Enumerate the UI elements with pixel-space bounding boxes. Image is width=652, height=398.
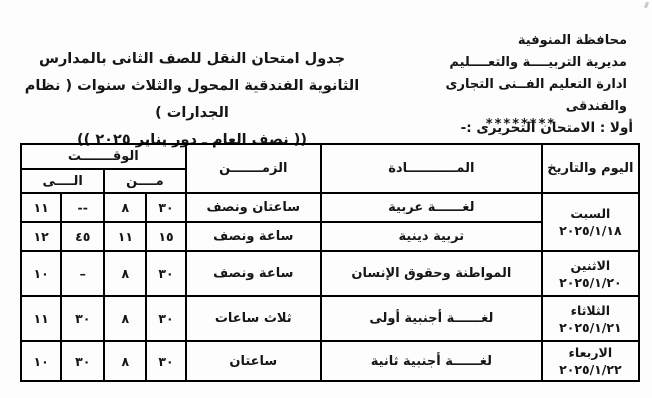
column-header-duration: الزمـــــــن [186, 144, 321, 193]
to-hour-cell: ١٠ [21, 251, 61, 296]
table-row: السبت ٢٠٢٥/١/١٨ لغــــــة عربية ساعتان و… [21, 193, 639, 222]
to-minutes-cell: -- [61, 193, 104, 222]
exam-schedule-table: اليوم والتاريخ المـــــــــــادة الزمـــ… [20, 143, 640, 382]
to-hour-cell: ١٠ [21, 341, 61, 381]
day-date: ٢٠٢٥/١/١٨ [545, 222, 636, 239]
subject-cell: لغــــــة عربية [321, 193, 542, 222]
column-header-time: الوقـــــــت [21, 144, 186, 169]
table-header-row-1: اليوم والتاريخ المـــــــــــادة الزمـــ… [21, 144, 639, 169]
duration-cell: ثلاث ساعات [186, 296, 321, 341]
from-minutes-cell: ٣٠ [146, 193, 185, 222]
day-date-cell: الثلاثاء ٢٠٢٥/١/٢١ [542, 296, 639, 341]
from-hour-cell: ٨ [104, 193, 146, 222]
day-name: السبت [545, 205, 636, 222]
from-minutes-cell: ٣٠ [146, 341, 185, 381]
day-date-cell: الاثنين ٢٠٢٥/١/٢٠ [542, 251, 639, 296]
administration-name: ادارة التعليم الفــنى التجارى والفندقى [415, 74, 627, 118]
scan-artifact [644, 2, 649, 9]
duration-cell: ساعة ونصف [186, 251, 321, 296]
duration-cell: ساعتان [186, 341, 321, 381]
day-date: ٢٠٢٥/١/٢١ [545, 319, 636, 336]
duration-cell: ساعة ونصف [186, 222, 321, 251]
from-minutes-cell: ٣٠ [146, 296, 185, 341]
to-minutes-cell: ٣٠ [61, 296, 104, 341]
from-hour-cell: ٨ [104, 296, 146, 341]
to-minutes-cell: ٣٠ [61, 341, 104, 381]
to-minutes-cell: ٤٥ [61, 222, 104, 251]
from-minutes-cell: ١٥ [146, 222, 185, 251]
section-heading-written-exam: أولا : الامتحان التحريرى :- [461, 120, 633, 136]
title-line-1: جدول امتحان النقل للصف الثانى بالمدارس [2, 46, 382, 73]
subject-cell: المواطنة وحقوق الإنسان [321, 251, 542, 296]
column-header-subject: المـــــــــــادة [321, 144, 542, 193]
table-row: الاربعاء ٢٠٢٥/١/٢٢ لغــــــة أجنبية ثاني… [21, 341, 639, 381]
column-header-day-date: اليوم والتاريخ [542, 144, 639, 193]
day-name: الثلاثاء [545, 302, 636, 319]
to-minutes-cell: – [61, 251, 104, 296]
day-date: ٢٠٢٥/١/٢٢ [545, 361, 636, 378]
from-hour-cell: ٨ [104, 251, 146, 296]
to-hour-cell: ١٢ [21, 222, 61, 251]
governorate-name: محافظة المنوفية [415, 30, 627, 52]
subject-cell: لغــــــة أجنبية ثانية [321, 341, 542, 381]
directorate-name: مديرية التربيــــة والتعــــليم [415, 52, 627, 74]
title-line-2: الثانوية الفندقية المحول والثلاث سنوات (… [2, 73, 382, 127]
from-hour-cell: ٨ [104, 341, 146, 381]
to-hour-cell: ١١ [21, 296, 61, 341]
document-title: جدول امتحان النقل للصف الثانى بالمدارس ا… [2, 46, 382, 154]
day-date-cell: السبت ٢٠٢٥/١/١٨ [542, 193, 639, 251]
column-header-time-to: الــــى [21, 169, 104, 193]
table-row: الثلاثاء ٢٠٢٥/١/٢١ لغــــــة أجنبية أولى… [21, 296, 639, 341]
day-date-cell: الاربعاء ٢٠٢٥/١/٢٢ [542, 341, 639, 381]
day-date: ٢٠٢٥/١/٢٠ [545, 274, 636, 291]
subject-cell: تربية دينية [321, 222, 542, 251]
from-minutes-cell: ٣٠ [146, 251, 185, 296]
day-name: الاربعاء [545, 344, 636, 361]
day-name: الاثنين [545, 257, 636, 274]
to-hour-cell: ١١ [21, 193, 61, 222]
from-hour-cell: ١١ [104, 222, 146, 251]
table-row: الاثنين ٢٠٢٥/١/٢٠ المواطنة وحقوق الإنسان… [21, 251, 639, 296]
letterhead: محافظة المنوفية مديرية التربيــــة والتع… [415, 30, 627, 132]
column-header-time-from: مــــن [104, 169, 185, 193]
subject-cell: لغــــــة أجنبية أولى [321, 296, 542, 341]
duration-cell: ساعتان ونصف [186, 193, 321, 222]
exam-schedule-scan: محافظة المنوفية مديرية التربيــــة والتع… [0, 0, 652, 398]
